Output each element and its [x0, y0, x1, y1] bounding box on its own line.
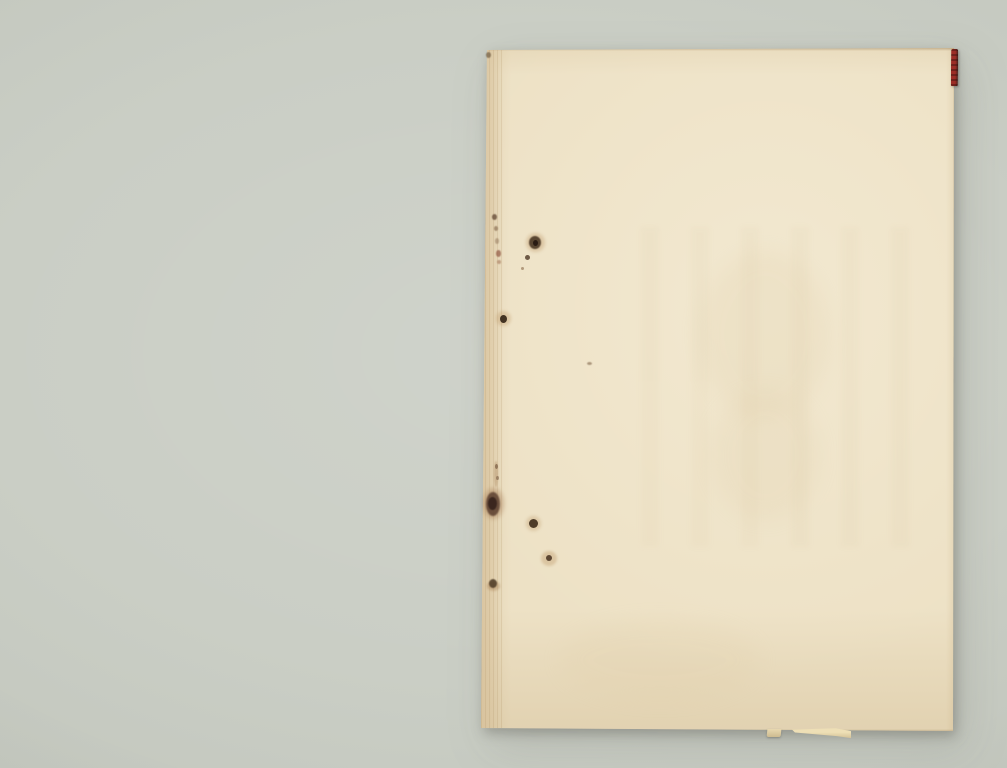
paper-ghosting-texture — [641, 227, 911, 547]
booklet-cover — [481, 47, 955, 732]
booklet-shadow — [481, 47, 955, 732]
spine-page-edges — [481, 47, 503, 732]
red-binding-cloth — [951, 49, 958, 86]
bottom-edge-line — [482, 729, 954, 732]
page-tab-protrusion — [767, 729, 782, 737]
right-edge-line — [953, 48, 955, 731]
top-edge-line — [488, 48, 954, 51]
photo-background — [0, 0, 1007, 768]
page-corner-protrusion — [792, 728, 851, 742]
